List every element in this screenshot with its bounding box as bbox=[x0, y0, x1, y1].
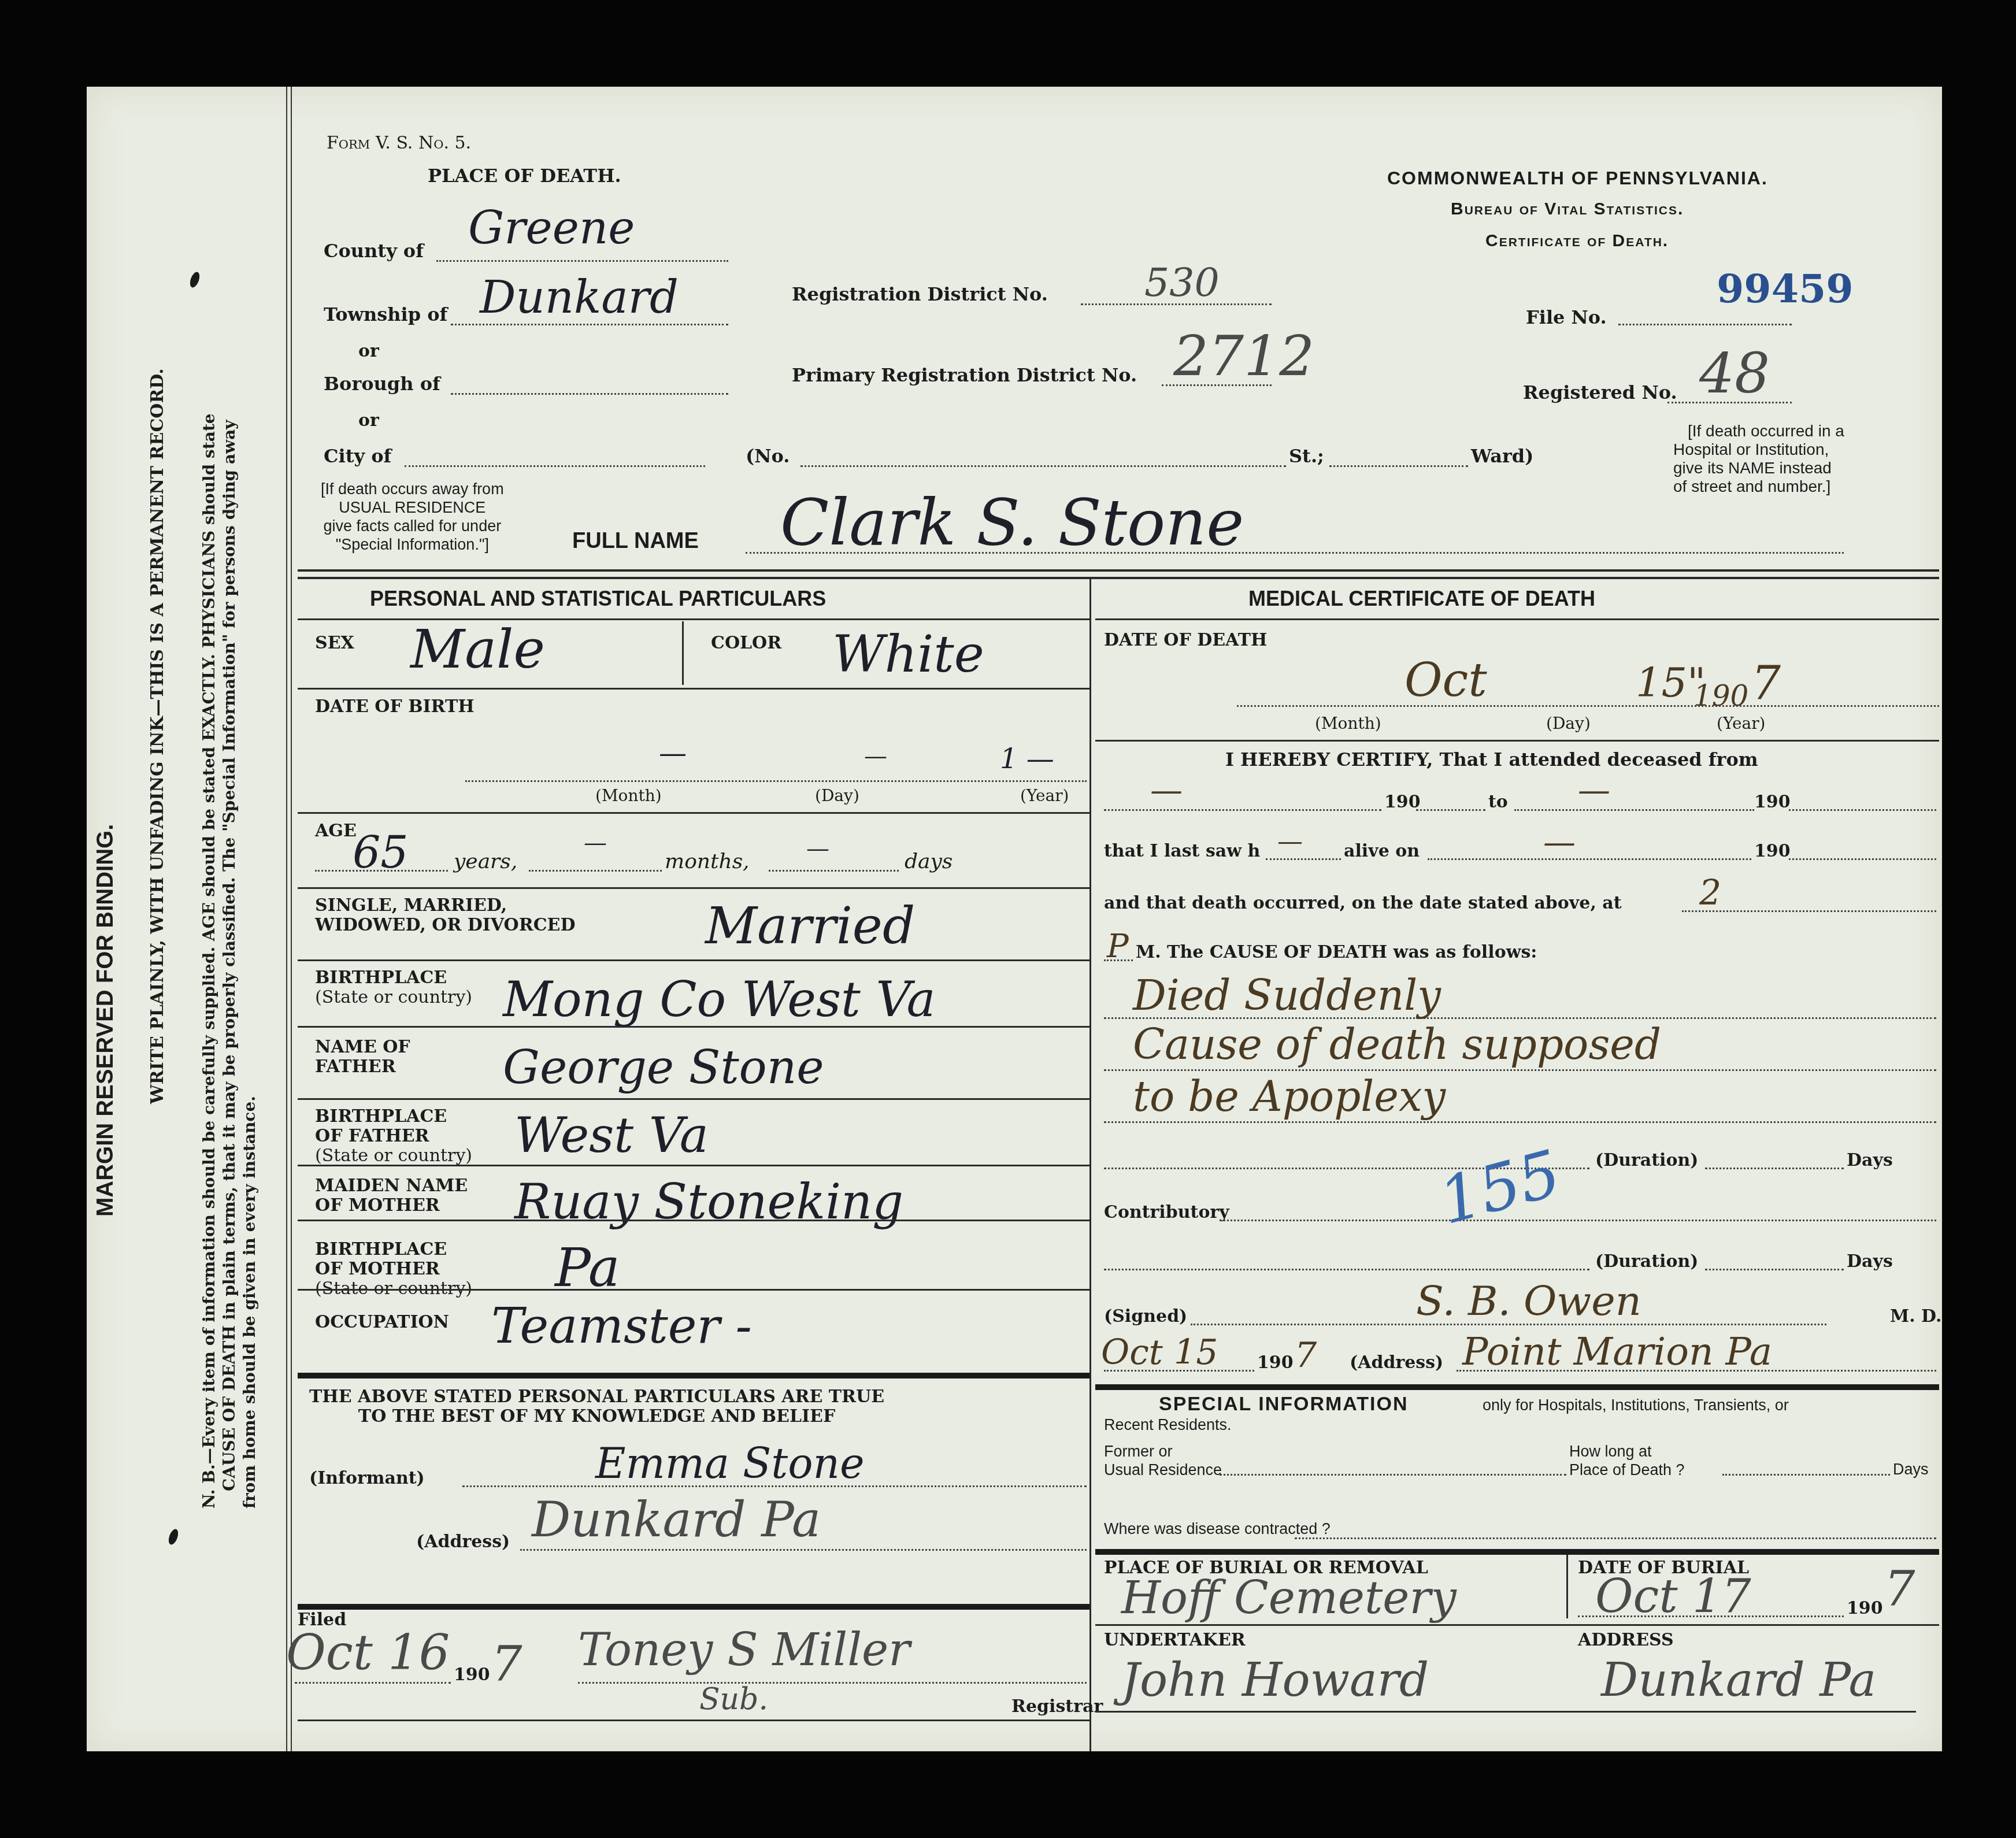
duration-label: (Duration) bbox=[1595, 1150, 1699, 1170]
cause-line-2[interactable]: Cause of death supposed bbox=[1133, 1020, 1661, 1069]
informant-address-value[interactable]: Dunkard Pa bbox=[532, 1491, 821, 1548]
registrar-label: Registrar bbox=[1011, 1696, 1103, 1717]
birthplace-label: BIRTHPLACE (State or country) bbox=[315, 968, 472, 1007]
margin-binding-text: MARGIN RESERVED FOR BINDING. bbox=[92, 824, 118, 1217]
special-information-subtitle-2: Recent Residents. bbox=[1104, 1416, 1232, 1434]
alive-on-value[interactable]: — bbox=[1543, 824, 1576, 861]
special-information-title: SPECIAL INFORMATION bbox=[1159, 1393, 1409, 1415]
to-word: to bbox=[1488, 792, 1508, 812]
color-value[interactable]: White bbox=[832, 624, 984, 684]
dob-month-value[interactable]: — bbox=[659, 737, 687, 769]
contributory-label: Contributory bbox=[1104, 1202, 1229, 1222]
cause-line-3[interactable]: to be Apoplexy bbox=[1133, 1072, 1446, 1121]
attended-to-value[interactable]: — bbox=[1578, 772, 1610, 809]
county-value[interactable]: Greene bbox=[468, 202, 635, 254]
registration-district-value[interactable]: 530 bbox=[1144, 260, 1220, 306]
signed-year-suffix[interactable]: 7 bbox=[1295, 1335, 1317, 1376]
dob-month-caption: (Month) bbox=[595, 786, 662, 805]
occupation-label: OCCUPATION bbox=[315, 1312, 449, 1332]
dob-year-caption: (Year) bbox=[1020, 786, 1069, 805]
filed-date-value[interactable]: Oct 16 bbox=[286, 1624, 450, 1681]
age-label: AGE bbox=[315, 821, 357, 841]
color-label: COLOR bbox=[711, 633, 781, 653]
age-days-value[interactable]: — bbox=[806, 835, 829, 862]
former-residence-label: Former or Usual Residence bbox=[1104, 1442, 1222, 1479]
burial-year-suffix[interactable]: 7 bbox=[1884, 1561, 1915, 1617]
alive-on-text: alive on bbox=[1344, 841, 1420, 861]
undertaker-label: UNDERTAKER bbox=[1104, 1630, 1246, 1650]
primary-registration-district-value[interactable]: 2712 bbox=[1173, 324, 1314, 388]
death-hour-value[interactable]: 2 bbox=[1699, 873, 1721, 913]
attended-190-b: 190 bbox=[1754, 792, 1791, 812]
city-label: City of bbox=[324, 445, 391, 467]
attended-190-a: 190 bbox=[1384, 792, 1421, 812]
days-label: Days bbox=[1847, 1150, 1893, 1170]
death-month-value[interactable]: Oct bbox=[1404, 653, 1487, 707]
informant-address-label: (Address) bbox=[416, 1532, 510, 1552]
special-information-subtitle: only for Hospitals, Institutions, Transi… bbox=[1483, 1396, 1789, 1414]
commonwealth-heading: COMMONWEALTH OF PENNSYLVANIA. bbox=[1387, 168, 1768, 189]
or-label: or bbox=[358, 341, 379, 361]
father-name-label: NAME OF FATHER bbox=[315, 1037, 410, 1077]
punch-hole bbox=[167, 1528, 180, 1546]
age-months-value[interactable]: — bbox=[584, 829, 607, 856]
margin-write-plainly: WRITE PLAINLY, WITH UNFADING INK—THIS IS… bbox=[147, 368, 168, 1104]
birthplace-value[interactable]: Mong Co West Va bbox=[503, 971, 936, 1028]
father-birthplace-label: BIRTHPLACE OF FATHER (State or country) bbox=[315, 1107, 472, 1166]
death-year-suffix[interactable]: 7 bbox=[1751, 656, 1781, 710]
classification-code: 155 bbox=[1432, 1136, 1568, 1239]
signed-date-value[interactable]: Oct 15 bbox=[1101, 1332, 1218, 1373]
away-from-residence-note: [If death occurs away from USUAL RESIDEN… bbox=[321, 480, 504, 554]
township-label: Township of bbox=[324, 303, 447, 325]
filed-year-suffix[interactable]: 7 bbox=[491, 1636, 522, 1692]
registration-district-label: Registration District No. bbox=[792, 283, 1048, 305]
cause-of-death-intro: M. The CAUSE OF DEATH was as follows: bbox=[1136, 942, 1537, 962]
age-years-value[interactable]: 65 bbox=[353, 827, 409, 878]
hospital-note: [If death occurred in a Hospital or Inst… bbox=[1673, 422, 1844, 496]
primary-registration-district-label: Primary Registration District No. bbox=[792, 364, 1137, 386]
years-word: years, bbox=[454, 850, 517, 873]
full-name-value[interactable]: Clark S. Stone bbox=[780, 486, 1244, 559]
father-name-value[interactable]: George Stone bbox=[503, 1040, 824, 1094]
death-year-prefix: 190 bbox=[1693, 679, 1748, 713]
ward-label: Ward) bbox=[1471, 445, 1533, 467]
street-no-label: (No. bbox=[746, 445, 790, 467]
how-long-label: How long at Place of Death ? bbox=[1569, 1442, 1685, 1479]
dob-year-value[interactable]: 1 — bbox=[1000, 743, 1054, 775]
signed-label: (Signed) bbox=[1104, 1306, 1187, 1326]
personal-particulars-title: PERSONAL AND STATISTICAL PARTICULARS bbox=[370, 587, 826, 611]
margin-nb-line-1: N. B.—Every item of information should b… bbox=[199, 413, 218, 1509]
signed-year-prefix: 190 bbox=[1257, 1352, 1294, 1373]
burial-year-prefix: 190 bbox=[1847, 1598, 1883, 1618]
undertaker-address-label: ADDRESS bbox=[1578, 1630, 1674, 1650]
days-label-2: Days bbox=[1847, 1251, 1893, 1272]
mother-maiden-name-label: MAIDEN NAME OF MOTHER bbox=[315, 1176, 468, 1216]
meridiem-value[interactable]: P bbox=[1107, 928, 1129, 965]
disease-contracted-label: Where was disease contracted ? bbox=[1104, 1520, 1331, 1538]
margin-nb-line-3: from home should be given in every insta… bbox=[240, 1096, 259, 1509]
physician-address-label: (Address) bbox=[1350, 1352, 1443, 1373]
registrar-sub: Sub. bbox=[699, 1682, 768, 1717]
binding-margin-rule bbox=[286, 87, 292, 1751]
special-days-label: Days bbox=[1893, 1461, 1929, 1478]
date-of-death-label: DATE OF DEATH bbox=[1104, 630, 1267, 650]
informant-value[interactable]: Emma Stone bbox=[595, 1439, 865, 1488]
informant-statement: THE ABOVE STATED PERSONAL PARTICULARS AR… bbox=[309, 1387, 884, 1426]
cause-line-1[interactable]: Died Suddenly bbox=[1133, 971, 1441, 1020]
sex-value[interactable]: Male bbox=[410, 618, 545, 680]
street-label: St.; bbox=[1289, 445, 1324, 467]
dob-day-caption: (Day) bbox=[815, 786, 859, 805]
undertaker-address-value[interactable]: Dunkard Pa bbox=[1601, 1653, 1876, 1707]
or-label: or bbox=[358, 410, 379, 431]
hereby-certify-text: I HEREBY CERTIFY, That I attended deceas… bbox=[1225, 748, 1758, 770]
punch-hole bbox=[188, 270, 202, 288]
last-saw-text: that I last saw h bbox=[1104, 841, 1260, 861]
registered-no-label: Registered No. bbox=[1523, 381, 1677, 403]
death-day-caption: (Day) bbox=[1546, 714, 1591, 733]
sex-label: SEX bbox=[315, 633, 354, 653]
place-of-burial-value[interactable]: Hoff Cemetery bbox=[1121, 1572, 1457, 1624]
file-number-stamp: 99459 bbox=[1717, 266, 1854, 312]
bureau-heading: Bureau of Vital Statistics. bbox=[1451, 199, 1684, 219]
borough-label: Borough of bbox=[324, 373, 440, 395]
md-label: M. D. bbox=[1890, 1306, 1942, 1326]
marital-status-value[interactable]: Married bbox=[705, 896, 915, 955]
alive-190: 190 bbox=[1754, 841, 1791, 861]
mother-maiden-name-value[interactable]: Ruay Stoneking bbox=[514, 1173, 903, 1230]
margin-nb-line-2: CAUSE OF DEATH in plain terms, that it m… bbox=[220, 420, 239, 1491]
death-occurred-text: and that death occurred, on the date sta… bbox=[1104, 893, 1622, 913]
duration-label-2: (Duration) bbox=[1595, 1251, 1699, 1272]
death-year-caption: (Year) bbox=[1717, 714, 1766, 733]
father-birthplace-value[interactable]: West Va bbox=[514, 1107, 709, 1163]
filed-year-prefix: 190 bbox=[454, 1665, 490, 1685]
death-month-caption: (Month) bbox=[1315, 714, 1381, 733]
death-certificate: MARGIN RESERVED FOR BINDING. WRITE PLAIN… bbox=[87, 87, 1942, 1751]
certificate-heading: Certificate of Death. bbox=[1485, 231, 1669, 251]
last-saw-value[interactable]: — bbox=[1277, 827, 1303, 856]
informant-label: (Informant) bbox=[309, 1468, 425, 1488]
county-label: County of bbox=[324, 240, 424, 262]
full-name-label: FULL NAME bbox=[572, 529, 699, 554]
date-of-birth-label: DATE OF BIRTH bbox=[315, 696, 475, 717]
months-word: months, bbox=[665, 850, 750, 873]
medical-certificate-title: MEDICAL CERTIFICATE OF DEATH bbox=[1248, 587, 1595, 611]
days-word: days bbox=[905, 850, 953, 873]
occupation-value[interactable]: Teamster - bbox=[491, 1298, 752, 1354]
physician-address-value[interactable]: Point Marion Pa bbox=[1462, 1329, 1772, 1374]
undertaker-value[interactable]: John Howard bbox=[1121, 1653, 1429, 1707]
township-value[interactable]: Dunkard bbox=[480, 272, 679, 324]
place-of-death-title: PLACE OF DEATH. bbox=[428, 165, 621, 187]
physician-signature[interactable]: S. B. Owen bbox=[1416, 1277, 1641, 1325]
date-of-burial-value[interactable]: Oct 17 bbox=[1595, 1569, 1751, 1623]
registrar-signature[interactable]: Toney S Miller bbox=[578, 1624, 910, 1676]
form-number: Form V. S. No. 5. bbox=[327, 133, 471, 153]
dob-day-value[interactable]: — bbox=[864, 743, 887, 769]
marital-label: SINGLE, MARRIED, WIDOWED, OR DIVORCED bbox=[315, 896, 575, 935]
file-no-label: File No. bbox=[1526, 306, 1607, 328]
attended-from-value[interactable]: — bbox=[1150, 772, 1183, 809]
registered-no-value[interactable]: 48 bbox=[1699, 341, 1770, 406]
